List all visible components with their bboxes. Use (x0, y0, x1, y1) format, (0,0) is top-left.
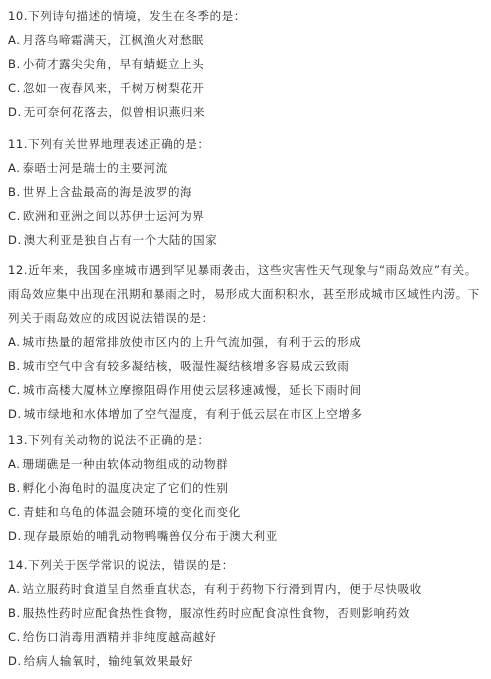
option-letter: D. (8, 407, 22, 421)
option-text: 给伤口消毒用酒精并非纯度越高越好 (23, 630, 217, 644)
option-letter: A. (8, 335, 21, 349)
option-text: 青蛙和乌龟的体温会随环境的变化而变化 (23, 505, 241, 519)
option-letter: A. (8, 457, 21, 471)
question-number: 14. (8, 558, 28, 572)
question-stem: 10.下列诗句描述的情境，发生在冬季的是： (8, 4, 486, 28)
option-text: 世界上含盐最高的海是波罗的海 (23, 185, 192, 199)
question-stem-text: 近年来，我国多座城市遇到罕见暴雨袭击，这些灾害性天气现象与“雨岛效应”有关。 (28, 263, 477, 277)
option-letter: B. (8, 359, 21, 373)
option-letter: B. (8, 481, 21, 495)
option-letter: D. (8, 233, 22, 247)
option-d: D.现存最原始的哺乳动物鸭嘴兽仅分布于澳大利亚 (8, 524, 486, 548)
question-stem: 11.下列有关世界地理表述正确的是： (8, 132, 486, 156)
question-10: 10.下列诗句描述的情境，发生在冬季的是： A.月落乌啼霜满天，江枫渔火对愁眠 … (8, 4, 486, 124)
option-d: D.给病人输氧时，输纯氧效果最好 (8, 649, 486, 673)
option-text: 服热性药时应配食热性食物，服凉性药时应配食凉性食物，否则影响药效 (23, 606, 410, 620)
option-text: 无可奈何花落去，似曾相识燕归来 (24, 105, 206, 119)
option-d: D.城市绿地和水体增加了空气湿度，有利于低云层在市区上空增多 (8, 402, 486, 426)
option-c: C.青蛙和乌龟的体温会随环境的变化而变化 (8, 500, 486, 524)
question-14: 14.下列关于医学常识的说法，错误的是： A.站立服药时食道呈自然垂直状态，有利… (8, 553, 486, 673)
option-text: 泰晤士河是瑞士的主要河流 (23, 161, 168, 175)
option-text: 城市热量的超常排放使市区内的上升气流加强，有利于云的形成 (23, 335, 362, 349)
option-b: B.小荷才露尖尖角，早有蜻蜓立上头 (8, 52, 486, 76)
option-b: B.服热性药时应配食热性食物，服凉性药时应配食凉性食物，否则影响药效 (8, 601, 486, 625)
option-text: 欧洲和亚洲之间以苏伊士运河为界 (23, 209, 205, 223)
option-letter: C. (8, 209, 21, 223)
option-c: C.城市高楼大厦林立摩擦阻碍作用使云层移速减慢，延长下雨时间 (8, 378, 486, 402)
question-stem-text: 下列有关世界地理表述正确的是： (28, 137, 210, 151)
option-letter: A. (8, 33, 21, 47)
option-text: 站立服药时食道呈自然垂直状态，有利于药物下行滑到胃内，便于尽快吸收 (23, 582, 422, 596)
exam-page: 10.下列诗句描述的情境，发生在冬季的是： A.月落乌啼霜满天，江枫渔火对愁眠 … (0, 0, 491, 679)
option-text: 月落乌啼霜满天，江枫渔火对愁眠 (23, 33, 205, 47)
question-stem: 13.下列有关动物的说法不正确的是： (8, 428, 486, 452)
option-text: 现存最原始的哺乳动物鸭嘴兽仅分布于澳大利亚 (24, 529, 278, 543)
option-letter: C. (8, 630, 21, 644)
option-text: 澳大利亚是独自占有一个大陆的国家 (24, 233, 218, 247)
option-letter: D. (8, 529, 22, 543)
option-text: 城市高楼大厦林立摩擦阻碍作用使云层移速减慢，延长下雨时间 (23, 383, 362, 397)
option-letter: D. (8, 654, 22, 668)
question-stem: 14.下列关于医学常识的说法，错误的是： (8, 553, 486, 577)
option-text: 给病人输氧时，输纯氧效果最好 (24, 654, 193, 668)
option-letter: B. (8, 606, 21, 620)
option-d: D.无可奈何花落去，似曾相识燕归来 (8, 100, 486, 124)
option-b: B.世界上含盐最高的海是波罗的海 (8, 180, 486, 204)
option-text: 珊瑚礁是一种由软体动物组成的动物群 (23, 457, 229, 471)
option-letter: B. (8, 57, 21, 71)
question-stem-text: 下列有关动物的说法不正确的是： (28, 433, 210, 447)
option-a: A.泰晤士河是瑞士的主要河流 (8, 156, 486, 180)
option-c: C.给伤口消毒用酒精并非纯度越高越好 (8, 625, 486, 649)
question-number: 11. (8, 137, 28, 151)
question-13: 13.下列有关动物的说法不正确的是： A.珊瑚礁是一种由软体动物组成的动物群 B… (8, 428, 486, 548)
option-d: D.澳大利亚是独自占有一个大陆的国家 (8, 228, 486, 252)
question-number: 12. (8, 263, 28, 277)
question-stem-text: 下列关于医学常识的说法，错误的是： (28, 558, 234, 572)
option-b: B.城市空气中含有较多凝结核，吸湿性凝结核增多容易成云致雨 (8, 354, 486, 378)
question-stem-text: 下列诗句描述的情境，发生在冬季的是： (28, 9, 246, 23)
question-number: 10. (8, 9, 28, 23)
option-letter: A. (8, 582, 21, 596)
option-letter: D. (8, 105, 22, 119)
option-text: 城市空气中含有较多凝结核，吸湿性凝结核增多容易成云致雨 (23, 359, 350, 373)
option-letter: C. (8, 383, 21, 397)
question-number: 13. (8, 433, 28, 447)
option-letter: B. (8, 185, 21, 199)
option-c: C.忽如一夜春风来，千树万树梨花开 (8, 76, 486, 100)
question-11: 11.下列有关世界地理表述正确的是： A.泰晤士河是瑞士的主要河流 B.世界上含… (8, 132, 486, 252)
option-letter: C. (8, 505, 21, 519)
option-letter: C. (8, 81, 21, 95)
option-a: A.城市热量的超常排放使市区内的上升气流加强，有利于云的形成 (8, 330, 486, 354)
option-a: A.月落乌啼霜满天，江枫渔火对愁眠 (8, 28, 486, 52)
question-stem-line-1: 12.近年来，我国多座城市遇到罕见暴雨袭击，这些灾害性天气现象与“雨岛效应”有关… (8, 258, 486, 282)
option-text: 孵化小海龟时的温度决定了它们的性别 (23, 481, 229, 495)
option-b: B.孵化小海龟时的温度决定了它们的性别 (8, 476, 486, 500)
option-c: C.欧洲和亚洲之间以苏伊士运河为界 (8, 204, 486, 228)
question-stem-line-3: 列关于雨岛效应的成因说法错误的是： (8, 306, 486, 330)
question-stem-line-2: 雨岛效应集中出现在汛期和暴雨之时，易形成大面积积水，甚至形成城市区域性内涝。下 (8, 282, 486, 306)
option-text: 城市绿地和水体增加了空气湿度，有利于低云层在市区上空增多 (24, 407, 363, 421)
question-12: 12.近年来，我国多座城市遇到罕见暴雨袭击，这些灾害性天气现象与“雨岛效应”有关… (8, 258, 486, 426)
option-a: A.珊瑚礁是一种由软体动物组成的动物群 (8, 452, 486, 476)
option-a: A.站立服药时食道呈自然垂直状态，有利于药物下行滑到胃内，便于尽快吸收 (8, 577, 486, 601)
option-text: 小荷才露尖尖角，早有蜻蜓立上头 (23, 57, 205, 71)
option-text: 忽如一夜春风来，千树万树梨花开 (23, 81, 205, 95)
option-letter: A. (8, 161, 21, 175)
